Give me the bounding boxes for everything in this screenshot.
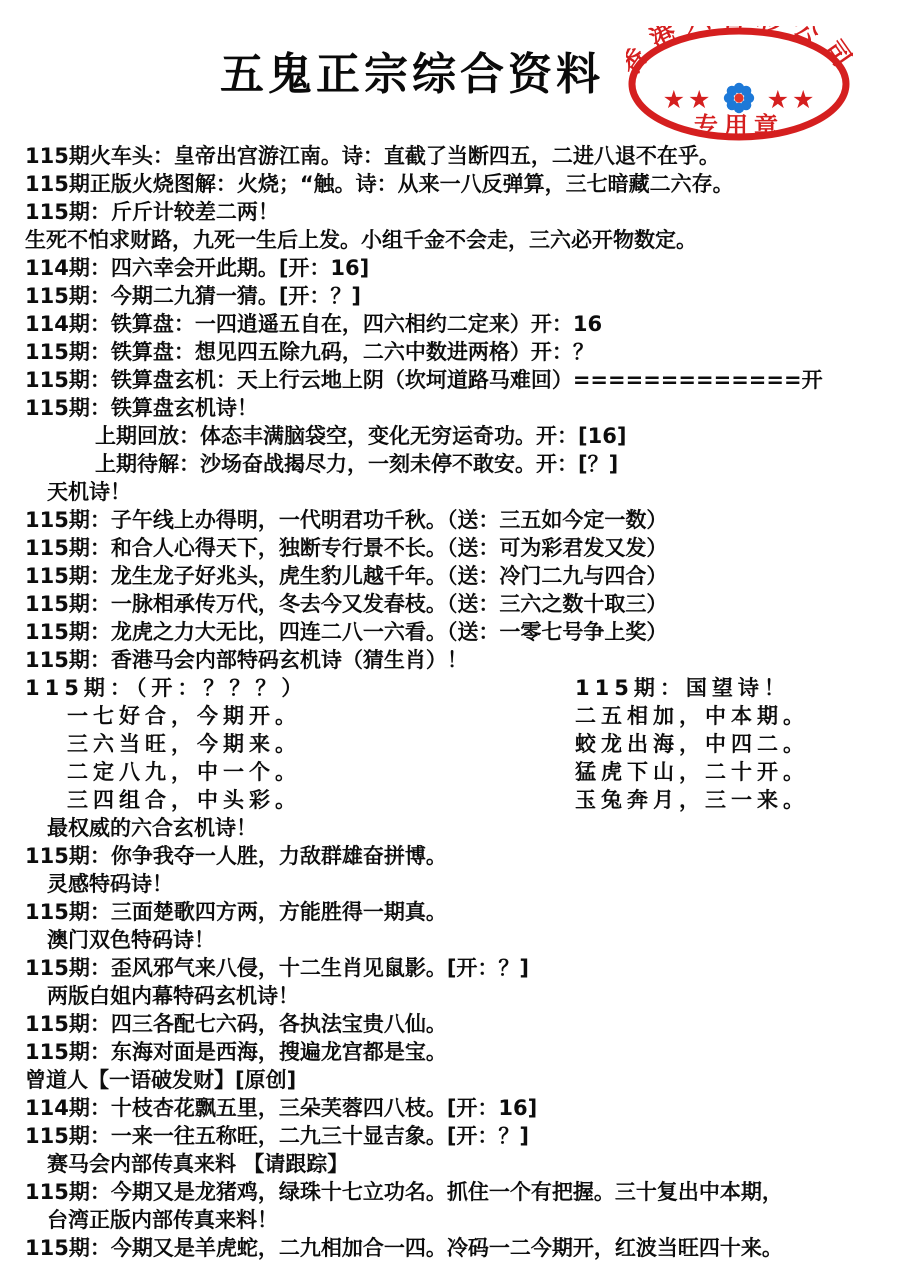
stars-right-icon: ★★ bbox=[767, 85, 818, 114]
text-line: 115期：三面楚歌四方两，方能胜得一期真。 bbox=[25, 898, 885, 926]
guowang-poem-column: 115期：国望诗！ 二五相加，中本期。 蛟龙出海，中四二。 猛虎下山，二十开。 … bbox=[575, 674, 809, 814]
text-line: 澳门双色特码诗！ bbox=[25, 926, 885, 954]
text-line: 115期：子午线上办得明，一代明君功千秋。（送：三五如今定一数） bbox=[25, 506, 885, 534]
lottery-info-sheet: 五鬼正宗综合资料 香港六合彩公司 ★★ ★★ 专用章 115期火车头：皇帝出宫游… bbox=[0, 0, 900, 1267]
text-line: 两版白姐内幕特码玄机诗！ bbox=[25, 982, 885, 1010]
text-line: 上期回放：体态丰满脑袋空，变化无穷运奇功。开：[16] bbox=[25, 422, 885, 450]
text-line: 115期：香港马会内部特码玄机诗（猜生肖）！ bbox=[25, 646, 885, 674]
text-line: 115期：斤斤计较差二两！ bbox=[25, 198, 885, 226]
text-line: 天机诗！ bbox=[25, 478, 885, 506]
text-line: 114期：铁算盘：一四逍遥五自在，四六相约二定来）开：16 bbox=[25, 310, 885, 338]
text-line: 115期：一来一往五称旺，二九三十显吉象。[开：？] bbox=[25, 1122, 885, 1150]
text-line: 115期：龙虎之力大无比，四连二八一六看。（送：一零七号争上奖） bbox=[25, 618, 885, 646]
text-line: 115期：龙生龙子好兆头，虎生豹儿越千年。（送：冷门二九与四合） bbox=[25, 562, 885, 590]
text-line: 115期：一脉相承传万代，冬去今又发春枝。（送：三六之数十取三） bbox=[25, 590, 885, 618]
text-line: 115期：和合人心得天下，独断专行景不长。（送：可为彩君发又发） bbox=[25, 534, 885, 562]
text-line: 二五相加，中本期。 bbox=[575, 702, 809, 730]
text-line: 上期待解：沙场奋战揭尽力，一刻未停不敢安。开：[？] bbox=[25, 450, 885, 478]
text-line: 115期：你争我夺一人胜，力敌群雄奋拼博。 bbox=[25, 842, 885, 870]
text-line: 115期：铁算盘玄机：天上行云地上阴（坎坷道路马难回）=============… bbox=[25, 366, 885, 394]
text-line: 115期：今期又是羊虎蛇，二九相加合一四。冷码一二今期开，红波当旺四十来。 bbox=[25, 1234, 885, 1262]
page-title: 五鬼正宗综合资料 bbox=[220, 38, 604, 102]
text-line: 赛马会内部传真来料 【请跟踪】 bbox=[25, 1150, 885, 1178]
text-line: 115期：铁算盘玄机诗！ bbox=[25, 394, 885, 422]
text-line: 曾道人【一语破发财】[原创] bbox=[25, 1066, 885, 1094]
text-line: 114期：十枝杏花飘五里，三朵芙蓉四八枝。[开：16] bbox=[25, 1094, 885, 1122]
text-line: 玉兔奔月，三一来。 bbox=[575, 786, 809, 814]
text-line: 114期：四六幸会开此期。[开：16] bbox=[25, 254, 885, 282]
text-line: 115期：今期二九猜一猜。[开：？] bbox=[25, 282, 885, 310]
text-line: 115期：国望诗！ bbox=[575, 674, 809, 702]
stamp-bottom-text: 专用章 bbox=[694, 112, 784, 140]
text-line: 猛虎下山，二十开。 bbox=[575, 758, 809, 786]
text-line: 115期：东海对面是西海，搜遍龙宫都是宝。 bbox=[25, 1038, 885, 1066]
text-line: 115期正版火烧图解：火烧；“触。诗：从来一八反弹算，三七暗藏二六存。 bbox=[25, 170, 885, 198]
text-line: 台湾正版内部传真来料！ bbox=[25, 1206, 885, 1234]
text-line: 115期：歪风邪气来八侵，十二生肖见鼠影。[开：？] bbox=[25, 954, 885, 982]
company-stamp: 香港六合彩公司 ★★ ★★ 专用章 bbox=[626, 26, 854, 144]
text-line: 115期火车头：皇帝出宫游江南。诗：直截了当断四五，二进八退不在乎。 bbox=[25, 142, 885, 170]
flower-icon bbox=[724, 83, 754, 113]
text-line: 115期：铁算盘：想见四五除九码，二六中数进两格）开：？ bbox=[25, 338, 885, 366]
text-line: 115期：四三各配七六码，各执法宝贵八仙。 bbox=[25, 1010, 885, 1038]
two-column-section: 115期：（开：？？？） 一七好合，今期开。 三六当旺，今期来。 二定八九，中一… bbox=[25, 674, 885, 814]
text-line: 生死不怕求财路，九死一生后上发。小组千金不会走，三六必开物数定。 bbox=[25, 226, 885, 254]
text-line: 灵感特码诗！ bbox=[25, 870, 885, 898]
text-line: 最权威的六合玄机诗！ bbox=[25, 814, 885, 842]
body-text: 115期火车头：皇帝出宫游江南。诗：直截了当断四五，二进八退不在乎。 115期正… bbox=[25, 142, 885, 1262]
text-line: 115期：今期又是龙猪鸡，绿珠十七立功名。抓住一个有把握。三十复出中本期， bbox=[25, 1178, 885, 1206]
text-line: 蛟龙出海，中四二。 bbox=[575, 730, 809, 758]
stars-left-icon: ★★ bbox=[663, 85, 714, 114]
